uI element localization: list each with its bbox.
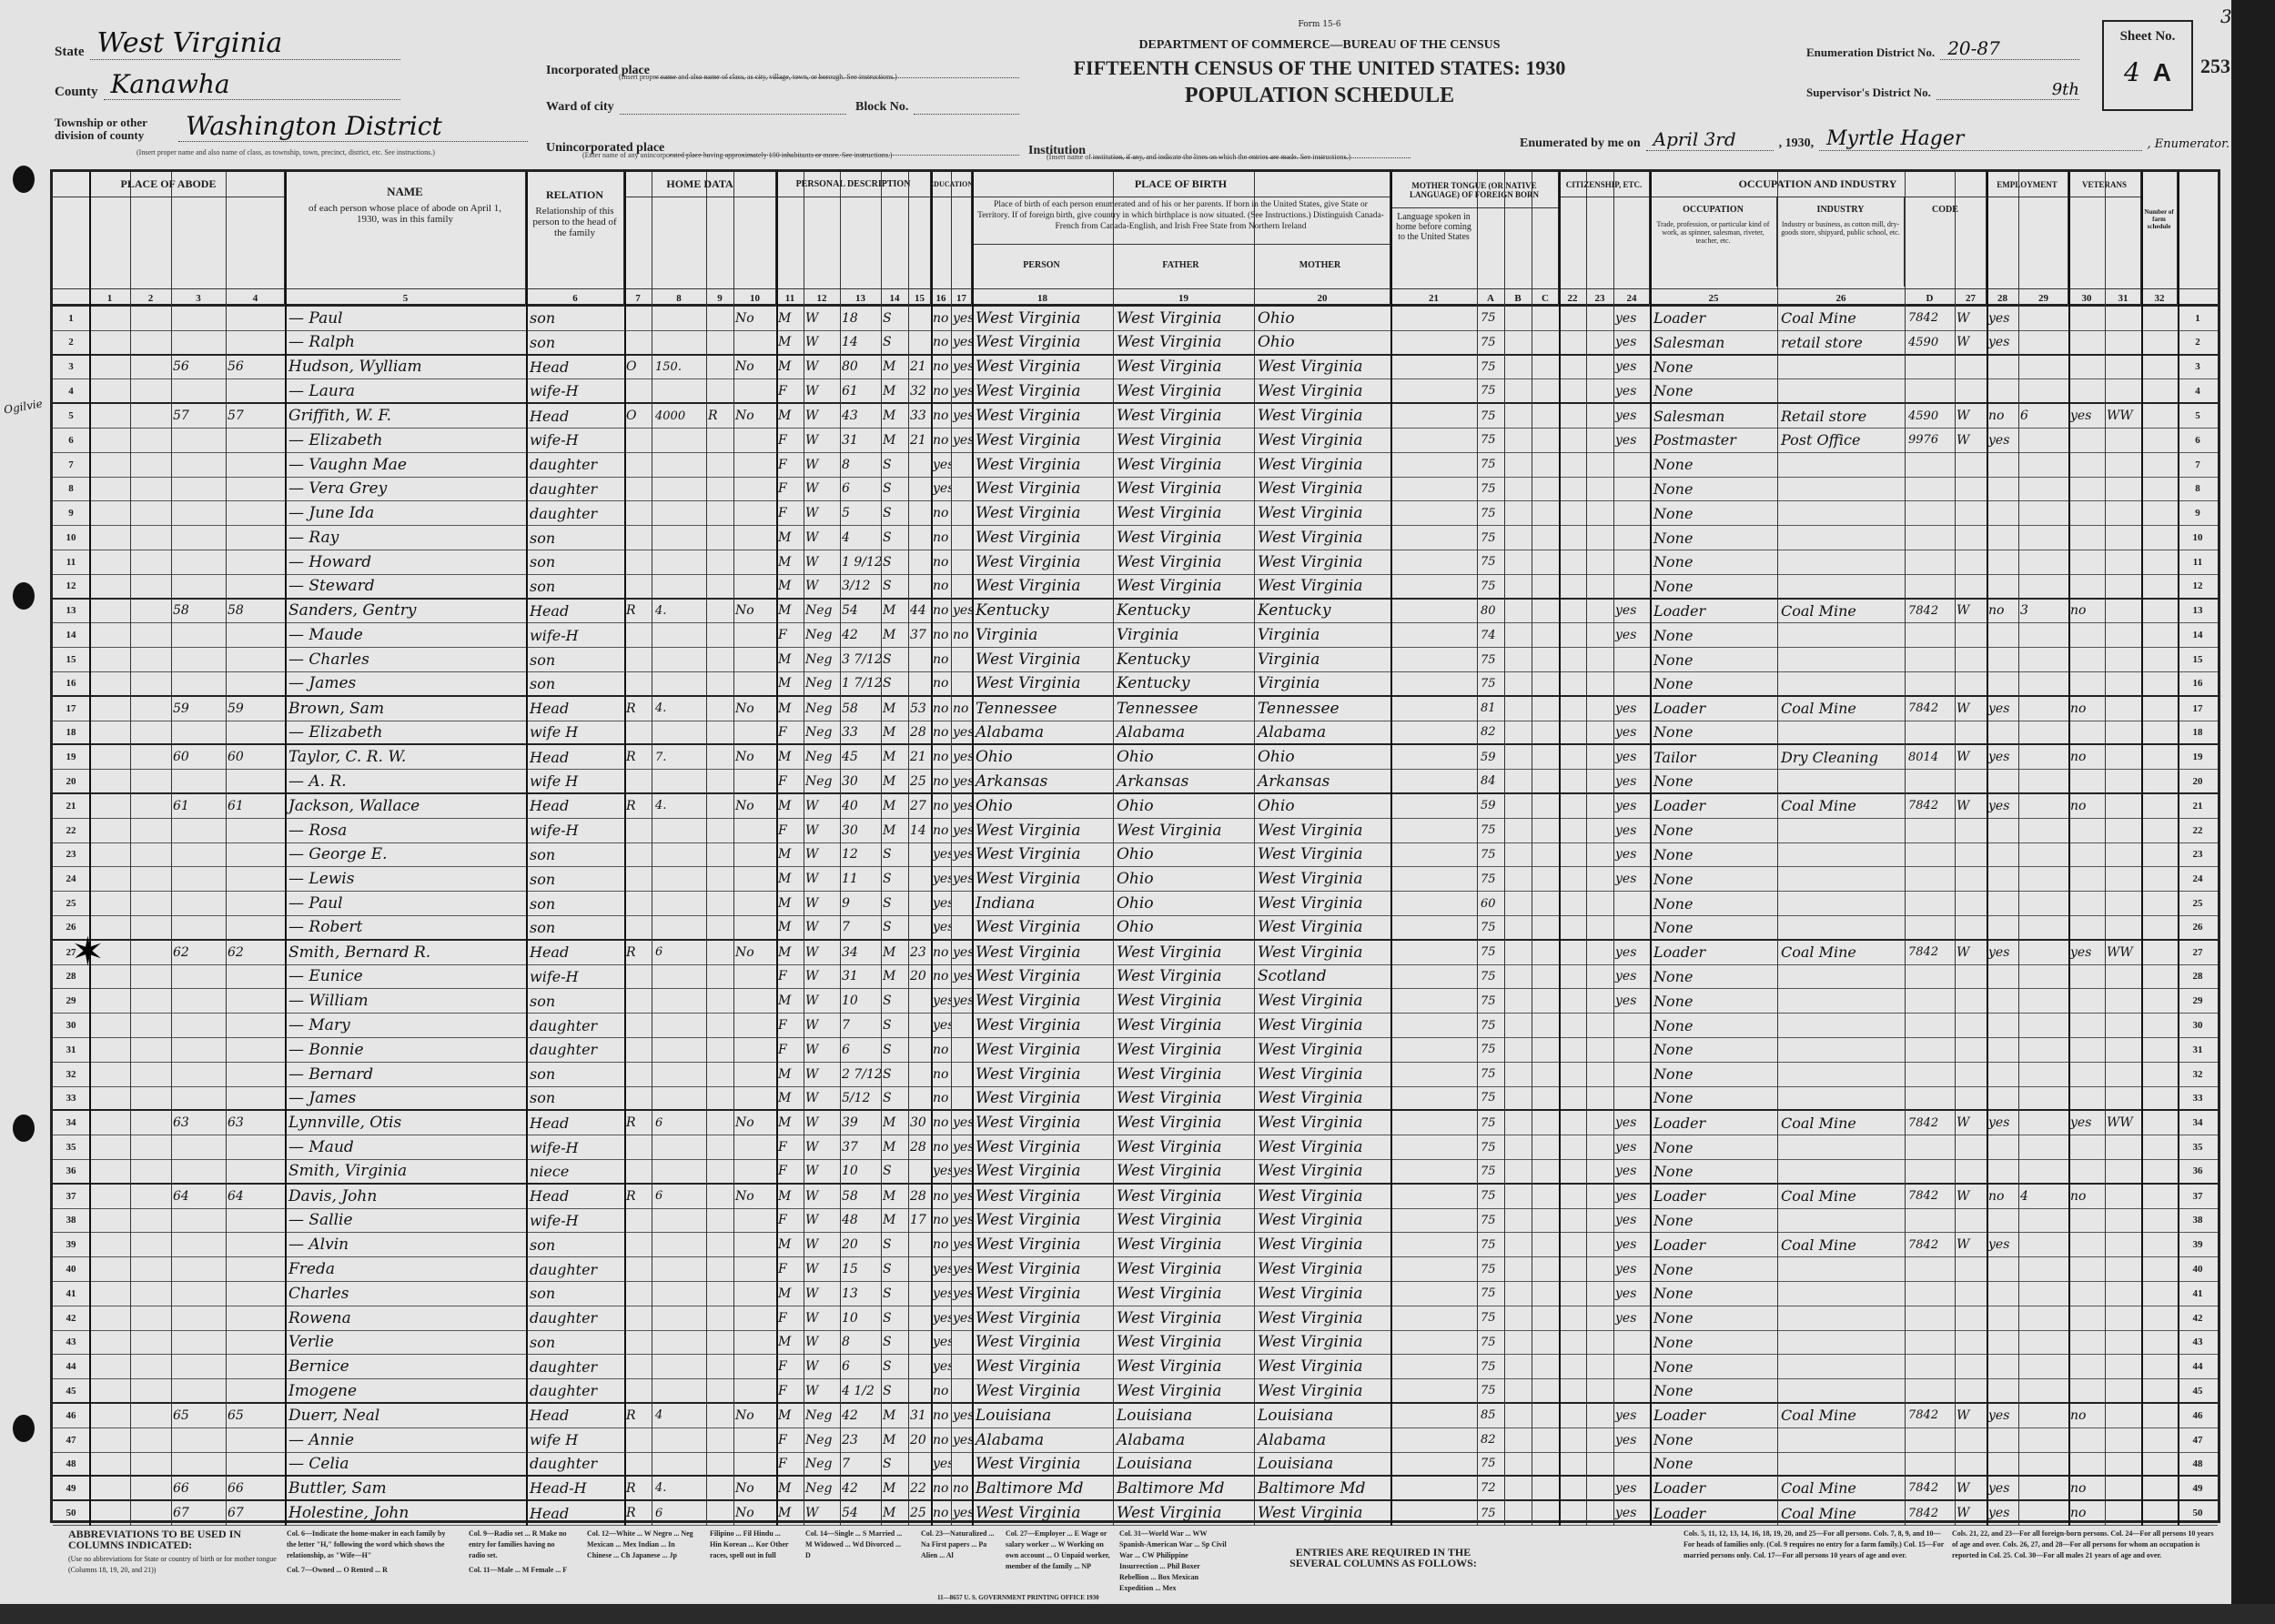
cell-agem: 25 (908, 770, 931, 792)
cell-agem (908, 892, 931, 915)
column-number: 12 (804, 289, 840, 307)
cell-war (2105, 1306, 2141, 1330)
cell-farm (733, 453, 776, 477)
cell-occ: None (1650, 1063, 1777, 1086)
cell-sch: no (931, 404, 951, 428)
cell-code: 75 (1477, 404, 1504, 428)
cell-dw (171, 307, 226, 330)
cell-read: yes (951, 1135, 972, 1159)
cell-sex: F (776, 1453, 804, 1476)
line-number: 7 (2178, 453, 2218, 477)
cell-fbp: Ohio (1113, 745, 1254, 769)
cell-agem: 30 (908, 1111, 931, 1135)
cell-race: Neg (804, 623, 840, 647)
cell-radio (706, 1063, 733, 1086)
cell-read: yes (951, 1257, 972, 1281)
cell-fam (226, 916, 285, 939)
cell-bp: West Virginia (972, 1331, 1113, 1355)
cell-dcode (1905, 648, 1955, 671)
cell-occ: None (1650, 526, 1777, 550)
cell-line (2018, 307, 2068, 330)
cell-line (2018, 672, 2068, 695)
ward-field: Ward of city (546, 91, 846, 115)
cell-bp: Alabama (972, 1428, 1113, 1452)
cell-ind (1777, 1160, 1905, 1183)
cell-ind: Coal Mine (1777, 600, 1905, 623)
cell-cls (1955, 989, 1987, 1013)
cell-sex: F (776, 1209, 804, 1233)
column-number: 5 (285, 289, 526, 307)
cell-race: W (804, 331, 840, 354)
cell-code: 59 (1477, 794, 1504, 818)
column-divider (652, 172, 652, 1526)
cell-code: 75 (1477, 1501, 1504, 1525)
cell-code: 75 (1477, 1379, 1504, 1402)
cell-ind: Coal Mine (1777, 1404, 1905, 1427)
line-number: 41 (53, 1282, 89, 1306)
cell-bp: West Virginia (972, 1355, 1113, 1378)
cell-fbp: West Virginia (1113, 575, 1254, 598)
cell-occ: None (1650, 770, 1777, 792)
cell-own (624, 1379, 652, 1402)
cell-name: — Steward (285, 575, 526, 598)
cell-ind (1777, 623, 1905, 647)
cell-vet (2068, 331, 2105, 354)
cell-work (1987, 1306, 2018, 1330)
cell-cls (1955, 770, 1987, 792)
cell-own (624, 1135, 652, 1159)
cell-dcode (1905, 1306, 1955, 1330)
cell-mar: S (881, 989, 908, 1013)
line-number: 22 (53, 819, 89, 842)
line-number: 32 (2178, 1063, 2218, 1086)
cell-mar: M (881, 745, 908, 769)
cell-line (2018, 965, 2068, 989)
cell-eng: yes (1613, 1428, 1650, 1452)
line-number: 21 (2178, 794, 2218, 818)
cell-age: 7 (840, 1014, 881, 1037)
cell-mar: M (881, 1135, 908, 1159)
cell-work: yes (1987, 1404, 2018, 1427)
cell-agem (908, 1257, 931, 1281)
cell-sch: no (931, 1404, 951, 1427)
cell-age: 34 (840, 941, 881, 964)
cell-war: WW (2105, 1111, 2141, 1135)
cell-mar: S (881, 307, 908, 330)
column-numbers: 123456789101112131415161718192021ABC2223… (53, 288, 2218, 307)
cell-mar: M (881, 1209, 908, 1233)
cell-age: 43 (840, 404, 881, 428)
cell-fam (226, 1355, 285, 1378)
cell-fam (226, 1087, 285, 1110)
cell-dw (171, 1453, 226, 1476)
cell-fam (226, 331, 285, 354)
table-row: 216161Jackson, WallaceHeadR4.NoMW40M27no… (53, 794, 2218, 819)
cell-mbp: West Virginia (1254, 379, 1390, 402)
cell-mbp: West Virginia (1254, 1233, 1390, 1256)
column-number: 27 (1955, 289, 1987, 307)
cell-read: yes (951, 356, 972, 379)
cell-own (624, 501, 652, 525)
cell-war (2105, 1282, 2141, 1306)
cell-dcode (1905, 379, 1955, 402)
cell-val: 6 (652, 1501, 706, 1525)
cell-name: — Paul (285, 892, 526, 915)
cell-work: yes (1987, 1501, 2018, 1525)
cell-race: W (804, 794, 840, 818)
cell-farm: No (733, 941, 776, 964)
cell-own (624, 867, 652, 891)
cell-radio (706, 1185, 733, 1208)
cell-age: 5 (840, 501, 881, 525)
table-row: 28— Eunicewife-HFW31M20noyesWest Virgini… (53, 965, 2218, 990)
cell-race: W (804, 916, 840, 939)
cell-eng (1613, 1453, 1650, 1476)
cell-farm (733, 1379, 776, 1402)
cell-read: yes (951, 1185, 972, 1208)
cell-farm: No (733, 1185, 776, 1208)
cell-val (652, 965, 706, 989)
cell-bp: West Virginia (972, 1501, 1113, 1525)
cell-fam (226, 575, 285, 598)
cell-sex: M (776, 1477, 804, 1499)
cell-vet (2068, 1257, 2105, 1281)
cell-read (951, 501, 972, 525)
cell-mar: M (881, 1185, 908, 1208)
cell-eng (1613, 1331, 1650, 1355)
cell-name: — James (285, 672, 526, 695)
cell-farm (733, 575, 776, 598)
cell-vet (2068, 965, 2105, 989)
cell-sex: M (776, 989, 804, 1013)
cell-ind (1777, 916, 1905, 939)
cell-fbp: West Virginia (1113, 989, 1254, 1013)
cell-war (2105, 843, 2141, 867)
cell-occ: None (1650, 1282, 1777, 1306)
cell-fam (226, 478, 285, 501)
line-number: 12 (53, 575, 89, 598)
cell-bp: West Virginia (972, 916, 1113, 939)
cell-vet (2068, 867, 2105, 891)
cell-fam (226, 721, 285, 744)
cell-fbp: West Virginia (1113, 526, 1254, 550)
cell-radio (706, 697, 733, 721)
cell-agem (908, 843, 931, 867)
cell-eng (1613, 892, 1650, 915)
cell-fam: 60 (226, 745, 285, 769)
column-divider (1504, 172, 1505, 1526)
cell-rel: wife-H (526, 965, 624, 989)
cell-bp: West Virginia (972, 575, 1113, 598)
cell-occ: None (1650, 648, 1777, 671)
cell-mar: M (881, 404, 908, 428)
cell-sch: yes (931, 1331, 951, 1355)
cell-agem: 28 (908, 1135, 931, 1159)
cell-val (652, 1087, 706, 1110)
cell-bp: West Virginia (972, 1282, 1113, 1306)
cell-sch: yes (931, 989, 951, 1013)
cell-fbp: West Virginia (1113, 1087, 1254, 1110)
cell-war (2105, 379, 2141, 402)
cell-agem: 32 (908, 379, 931, 402)
cell-ind: Coal Mine (1777, 1477, 1905, 1499)
cell-eng (1613, 1355, 1650, 1378)
cell-bp: West Virginia (972, 648, 1113, 671)
cell-ind (1777, 1063, 1905, 1086)
cell-read (951, 1453, 972, 1476)
cell-age: 4 (840, 526, 881, 550)
cell-farm (733, 1014, 776, 1037)
cell-mbp: West Virginia (1254, 1014, 1390, 1037)
cell-farm: No (733, 1501, 776, 1525)
cell-fam: 61 (226, 794, 285, 818)
cell-own: R (624, 600, 652, 623)
cell-sch: no (931, 1185, 951, 1208)
cell-age: 31 (840, 965, 881, 989)
cell-code: 75 (1477, 331, 1504, 354)
cell-vet (2068, 1038, 2105, 1062)
cell-own (624, 1233, 652, 1256)
cell-race: W (804, 965, 840, 989)
cell-name: Smith, Virginia (285, 1160, 526, 1183)
table-row: 10— RaysonMW4SnoWest VirginiaWest Virgin… (53, 526, 2218, 550)
cell-agem: 23 (908, 941, 931, 964)
table-row: 55757Griffith, W. F.HeadO4000RNoMW43M33n… (53, 404, 2218, 429)
cell-occ: None (1650, 1331, 1777, 1355)
cell-work (1987, 1428, 2018, 1452)
cell-bp: West Virginia (972, 1379, 1113, 1402)
cell-mar: M (881, 429, 908, 452)
line-number: 17 (53, 697, 89, 721)
cell-line (2018, 1282, 2068, 1306)
cell-mar: M (881, 721, 908, 744)
cell-radio (706, 623, 733, 647)
cell-mar: M (881, 770, 908, 792)
cell-fbp: West Virginia (1113, 501, 1254, 525)
column-number: 21 (1390, 289, 1477, 307)
cell-vet (2068, 892, 2105, 915)
cell-work (1987, 989, 2018, 1013)
cell-mar: S (881, 453, 908, 477)
column-number: 9 (706, 289, 733, 307)
table-row: 36Smith, VirginianieceFW10SyesyesWest Vi… (53, 1160, 2218, 1185)
cell-farm (733, 501, 776, 525)
line-number: 14 (2178, 623, 2218, 647)
cell-occ: None (1650, 916, 1777, 939)
cell-read: yes (951, 819, 972, 842)
cell-mbp: West Virginia (1254, 867, 1390, 891)
cell-work (1987, 1063, 2018, 1086)
cell-dw: 60 (171, 745, 226, 769)
cell-war (2105, 672, 2141, 695)
cell-eng: yes (1613, 770, 1650, 792)
cell-mbp: West Virginia (1254, 1111, 1390, 1135)
line-number: 3 (2178, 356, 2218, 379)
cell-war (2105, 697, 2141, 721)
entries-title: ENTRIES ARE REQUIRED IN THE SEVERAL COLU… (1274, 1547, 1492, 1569)
column-number: 31 (2105, 289, 2141, 307)
cell-ind (1777, 379, 1905, 402)
cell-fam (226, 1453, 285, 1476)
cell-agem (908, 1379, 931, 1402)
cell-agem (908, 501, 931, 525)
cell-cls (1955, 1428, 1987, 1452)
cell-cls: W (1955, 794, 1987, 818)
cell-age: 61 (840, 379, 881, 402)
cell-sch: yes (931, 892, 951, 915)
census-page: State West Virginia County Kanawha Towns… (0, 0, 2275, 1624)
cell-rel: Head (526, 794, 624, 818)
cell-occ: None (1650, 843, 1777, 867)
cell-own (624, 989, 652, 1013)
cell-own (624, 453, 652, 477)
cell-rel: wife H (526, 770, 624, 792)
abbreviations-title: ABBREVIATIONS TO BE USED IN COLUMNS INDI… (68, 1528, 278, 1576)
cell-fbp: West Virginia (1113, 965, 1254, 989)
cell-agem (908, 672, 931, 695)
cell-code: 85 (1477, 1404, 1504, 1427)
cell-occ: Loader (1650, 600, 1777, 623)
cell-code: 59 (1477, 745, 1504, 769)
cell-occ: None (1650, 1014, 1777, 1037)
cell-read (951, 526, 972, 550)
column-divider (776, 172, 778, 1526)
sd-field: Supervisor's District No. 9th (1806, 76, 2079, 100)
cell-cls (1955, 575, 1987, 598)
cell-own (624, 623, 652, 647)
column-divider (1477, 172, 1478, 1526)
cell-val (652, 1306, 706, 1330)
cell-occ: None (1650, 1209, 1777, 1233)
cell-val (652, 1355, 706, 1378)
cell-sex: F (776, 453, 804, 477)
cell-race: W (804, 867, 840, 891)
cell-occ: None (1650, 1087, 1777, 1110)
column-divider (1777, 172, 1778, 1526)
cell-age: 8 (840, 453, 881, 477)
cell-sch: no (931, 770, 951, 792)
cell-val: 6 (652, 1111, 706, 1135)
line-number: 39 (53, 1233, 89, 1256)
column-number: A (1477, 289, 1504, 307)
cell-bp: Virginia (972, 623, 1113, 647)
cell-work (1987, 1355, 2018, 1378)
cell-war (2105, 1428, 2141, 1452)
cell-own (624, 1014, 652, 1037)
cell-vet: no (2068, 745, 2105, 769)
cell-age: 40 (840, 794, 881, 818)
cell-vet (2068, 1428, 2105, 1452)
cell-age: 15 (840, 1257, 881, 1281)
cell-race: Neg (804, 1453, 840, 1476)
cell-own: R (624, 1501, 652, 1525)
printer-imprint: 11—8657 U. S. GOVERNMENT PRINTING OFFICE… (937, 1592, 1099, 1603)
cell-code: 75 (1477, 1185, 1504, 1208)
cell-race: Neg (804, 721, 840, 744)
cell-line (2018, 745, 2068, 769)
line-number: 4 (2178, 379, 2218, 402)
cell-war (2105, 1185, 2141, 1208)
cell-mbp: Scotland (1254, 965, 1390, 989)
cell-code: 75 (1477, 648, 1504, 671)
cell-own (624, 1453, 652, 1476)
cell-name: — A. R. (285, 770, 526, 792)
cell-name: Verlie (285, 1331, 526, 1355)
cell-sex: F (776, 1257, 804, 1281)
cell-fam (226, 1306, 285, 1330)
cell-work (1987, 1135, 2018, 1159)
cell-mar: S (881, 331, 908, 354)
cell-sch: no (931, 1063, 951, 1086)
cell-line (2018, 453, 2068, 477)
cell-fbp: West Virginia (1113, 819, 1254, 842)
column-number: 14 (881, 289, 908, 307)
cell-eng: yes (1613, 843, 1650, 867)
cell-dcode: 9976 (1905, 429, 1955, 452)
cell-fbp: West Virginia (1113, 941, 1254, 964)
cell-farm (733, 1063, 776, 1086)
cell-work (1987, 453, 2018, 477)
cell-eng: yes (1613, 965, 1650, 989)
cell-read (951, 453, 972, 477)
cell-mar: M (881, 356, 908, 379)
cell-fbp: West Virginia (1113, 550, 1254, 574)
cell-bp: Alabama (972, 721, 1113, 744)
cell-race: W (804, 478, 840, 501)
cell-eng: yes (1613, 697, 1650, 721)
cell-dw (171, 989, 226, 1013)
cell-mar: M (881, 1501, 908, 1525)
cell-read: yes (951, 1306, 972, 1330)
cell-mar: S (881, 1355, 908, 1378)
cell-agem: 37 (908, 623, 931, 647)
line-number: 7 (53, 453, 89, 477)
column-divider (733, 172, 734, 1526)
cell-read: yes (951, 404, 972, 428)
line-number: 13 (53, 600, 89, 623)
cell-dcode: 7842 (1905, 794, 1955, 818)
cell-dw: 63 (171, 1111, 226, 1135)
cell-age: 5/12 (840, 1087, 881, 1110)
schedule-title: POPULATION SCHEDULE (1001, 84, 1638, 108)
table-row: 496666Buttler, SamHead-HR4.NoMNeg42M22no… (53, 1477, 2218, 1501)
cell-dcode (1905, 478, 1955, 501)
cell-war (2105, 1331, 2141, 1355)
cell-ind (1777, 1038, 1905, 1062)
cell-eng: yes (1613, 867, 1650, 891)
cell-dcode: 7842 (1905, 1501, 1955, 1525)
cell-read: yes (951, 965, 972, 989)
cell-sch: no (931, 526, 951, 550)
cell-eng: yes (1613, 941, 1650, 964)
line-number: 8 (2178, 478, 2218, 501)
cell-mar: S (881, 501, 908, 525)
cell-dw: 58 (171, 600, 226, 623)
cell-agem (908, 1453, 931, 1476)
line-number: 11 (2178, 550, 2218, 574)
cell-val (652, 478, 706, 501)
cell-read (951, 575, 972, 598)
cell-radio (706, 1404, 733, 1427)
cell-war (2105, 1501, 2141, 1525)
cell-mar: S (881, 1379, 908, 1402)
cell-mar: M (881, 600, 908, 623)
cell-rel: daughter (526, 478, 624, 501)
column-divider (226, 172, 227, 1526)
cell-bp: West Virginia (972, 1038, 1113, 1062)
cell-name: Smith, Bernard R. (285, 941, 526, 964)
cell-line (2018, 1111, 2068, 1135)
